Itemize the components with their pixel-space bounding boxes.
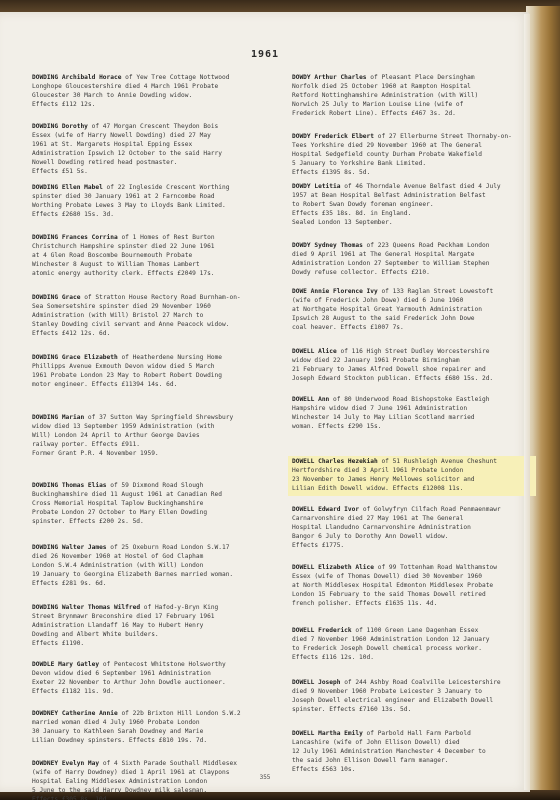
entry-given-names: Archibald Horace xyxy=(62,74,122,81)
entry-surname: DOWDY xyxy=(292,183,311,190)
entry-surname: DOWELL xyxy=(292,564,314,571)
entry-line: DOWELL Joseph of 244 Ashby Road Coalvill… xyxy=(300,679,530,688)
entry-text: of Yew Tree Cottage Nottwood xyxy=(125,74,229,81)
entry-line: Lilian Dowdney spinsters. Effects £810 1… xyxy=(40,737,282,746)
entry-text: of 223 Queens Road Peckham London xyxy=(367,242,490,249)
probate-entry: DOWDNEY Catherine Annie of 22b Brixton H… xyxy=(32,710,282,746)
entry-text: of 46 Thorndale Avenue Belfast died 4 Ju… xyxy=(344,183,500,190)
entry-line: DOWDING Walter James of 25 Oxeburn Road … xyxy=(40,544,282,553)
probate-entry: DOWELL Edward Ivor of Golwyfryn Cilfach … xyxy=(292,506,530,551)
entry-line: at Northgate Hospital Great Yarmouth Adm… xyxy=(300,306,530,315)
entry-text: of 27 Ellerburne Street Thornaby-on- xyxy=(378,133,512,140)
entry-line: (wife of Frederick John Dowe) died 6 Jun… xyxy=(300,297,530,306)
entry-surname: DOWDING xyxy=(32,123,58,130)
entry-given-names: Elizabeth Alice xyxy=(318,564,374,571)
entry-line: Frederick Robert Line). Effects £467 3s.… xyxy=(300,110,530,119)
entry-line: Gloucester 30 March to Annie Dowding wid… xyxy=(40,92,282,101)
entry-line: Norfolk died 25 October 1960 at Rampton … xyxy=(300,83,530,92)
entry-line: Christchurch Hampshire spinster died 22 … xyxy=(40,243,282,252)
entry-line: Hospital Sedgefield county Durham Probat… xyxy=(300,151,530,160)
entry-line: died 7 November 1960 Administration Lond… xyxy=(300,636,530,645)
entry-surname: DOWDING xyxy=(32,482,58,489)
probate-entry: DOWELL Ann of 80 Underwood Road Bishopst… xyxy=(292,396,530,432)
entry-line: spinster. Effects £200 2s. 5d. xyxy=(40,518,282,527)
entry-line: Dowding and Albert White builders. xyxy=(40,631,282,640)
entry-line: married woman died 4 July 1960 Probate L… xyxy=(40,719,282,728)
entry-surname: DOWELL xyxy=(292,506,314,513)
entry-line: DOWDNEY Evelyn May of 4 Sixth Parade Sou… xyxy=(40,760,282,769)
entry-line: Essex (wife of Harry Nowell Dowding) die… xyxy=(40,132,282,141)
entry-line: Longhope Gloucestershire died 4 March 19… xyxy=(40,83,282,92)
entry-line: Effects £35 18s. 8d. in England. xyxy=(300,210,530,219)
probate-entry: DOWELL Elizabeth Alice of 99 Tottenham R… xyxy=(292,564,530,609)
entry-text: of Stratton House Rectory Road Burnham-o… xyxy=(84,294,240,301)
probate-entry: DOWDING Grace of Stratton House Rectory … xyxy=(32,294,282,339)
entry-line: DOWDING Archibald Horace of Yew Tree Cot… xyxy=(40,74,282,83)
entry-line: Buckinghamshire died 11 August 1961 at C… xyxy=(40,491,282,500)
entry-line: Ipswich 28 August to the said Frederick … xyxy=(300,315,530,324)
entry-line: DOWELL Frederick of 1100 Green Lane Dage… xyxy=(300,627,530,636)
book-page-stack xyxy=(526,6,560,796)
probate-entry: DOWDING Marian of 37 Sutton Way Springfi… xyxy=(32,414,282,459)
entry-line: Hertfordshire died 3 April 1961 Probate … xyxy=(300,467,530,476)
entry-given-names: Ann xyxy=(318,396,329,403)
entry-text: of Hafod-y-Bryn King xyxy=(144,604,219,611)
probate-entry: DOWDING Frances Corrina of 1 Homes of Re… xyxy=(32,234,282,279)
entry-given-names: Frederick xyxy=(318,627,352,634)
entry-line: Lilian Edith Dowell widow. Effects £1200… xyxy=(300,485,530,494)
entry-text: of 59 Dixmond Road Slough xyxy=(110,482,203,489)
register-page: 1961 DOWDING Archibald Horace of Yew Tre… xyxy=(0,12,530,792)
entry-line: Exeter 22 November to Arthur John Dowdle… xyxy=(40,679,282,688)
entry-line: DOWELL Alice of 116 High Street Dudley W… xyxy=(300,348,530,357)
entry-given-names: Charles Hezekiah xyxy=(318,458,378,465)
entry-surname: DOWDING xyxy=(32,294,58,301)
entry-line: Effects £1395 8s. 5d. xyxy=(300,169,530,178)
entry-line: DOWDY Letitia of 46 Thorndale Avenue Bel… xyxy=(300,183,530,192)
entry-line: to Robert Swan Dowdy foreman engineer. xyxy=(300,201,530,210)
entry-surname: DOWDLE xyxy=(32,661,54,668)
entry-text: of 25 Oxeburn Road London S.W.17 xyxy=(110,544,229,551)
entry-line: Hospital Llandudno Carnarvonshire Admini… xyxy=(300,524,530,533)
entry-line: 5 January to Yorkshire Bank Limited. xyxy=(300,160,530,169)
probate-entry: DOWE Annie Florence Ivy of 133 Raglan St… xyxy=(292,288,530,333)
entry-line: DOWDING Thomas Elias of 59 Dixmond Road … xyxy=(40,482,282,491)
entry-line: at 4 Glen Road Boscombe Bournemouth Prob… xyxy=(40,252,282,261)
entry-text: of 1 Homes of Rest Burton xyxy=(121,234,214,241)
entry-text: of Pleasant Place Dersingham xyxy=(370,74,474,81)
entry-line: Former Grant P.R. 4 November 1959. xyxy=(40,450,282,459)
entry-surname: DOWDING xyxy=(32,604,58,611)
probate-entry: DOWDY Letitia of 46 Thorndale Avenue Bel… xyxy=(292,183,530,228)
entry-line: Effects £1190. xyxy=(40,640,282,649)
entry-line: DOWELL Edward Ivor of Golwyfryn Cilfach … xyxy=(300,506,530,515)
probate-entry: DOWELL Frederick of 1100 Green Lane Dage… xyxy=(292,627,530,663)
entry-given-names: Walter James xyxy=(62,544,107,551)
entry-surname: DOWDING xyxy=(32,234,58,241)
entry-line: 5 June to the said Harry Dowdney milk sa… xyxy=(40,787,282,796)
entry-given-names: Grace xyxy=(62,294,81,301)
entry-given-names: Letitia xyxy=(314,183,340,190)
entry-surname: DOWDNEY xyxy=(32,760,58,767)
entry-text: of 22b Brixton Hill London S.W.2 xyxy=(121,710,240,717)
entry-given-names: Thomas Elias xyxy=(62,482,107,489)
entry-line: DOWELL Martha Emily of Parbold Hall Farm… xyxy=(300,730,530,739)
entry-line: Effects £112 12s. xyxy=(40,101,282,110)
entry-given-names: Martha Emily xyxy=(318,730,363,737)
entry-line: 1961 Probate London 23 May to Robert Rob… xyxy=(40,372,282,381)
entry-text: of 47 Morgan Crescent Theydon Bois xyxy=(92,123,219,130)
entry-line: Essex (wife of Thomas Dowell) died 30 No… xyxy=(300,573,530,582)
entry-line: DOWDLE Mary Gatley of Pentecost Whitston… xyxy=(40,661,282,670)
entry-text: of 133 Raglan Street Lowestoft xyxy=(381,288,493,295)
probate-entry: DOWELL Martha Emily of Parbold Hall Farm… xyxy=(292,730,530,775)
entry-given-names: Grace Elizabeth xyxy=(62,354,118,361)
entry-line: Dowdy refuse collector. Effects £210. xyxy=(300,269,530,278)
entry-line: Hampshire widow died 7 June 1961 Adminis… xyxy=(300,405,530,414)
entry-line: widow died 22 January 1961 Probate Birmi… xyxy=(300,357,530,366)
entry-line: DOWDY Sydney Thomas of 223 Queens Road P… xyxy=(300,242,530,251)
entry-line: Devon widow died 6 September 1961 Admini… xyxy=(40,670,282,679)
entry-line: spinster. Effects £7160 13s. 5d. xyxy=(300,706,530,715)
entry-surname: DOWELL xyxy=(292,679,314,686)
entry-line: 30 January to Kathleen Sarah Dowdney and… xyxy=(40,728,282,737)
entry-given-names: Ellen Mabel xyxy=(62,184,103,191)
entry-line: at North Middlesex Hospital Edmonton Mid… xyxy=(300,582,530,591)
entry-text: of 99 Tottenham Road Walthamstow xyxy=(378,564,497,571)
entry-given-names: Frances Corrina xyxy=(62,234,118,241)
entry-line: woman. Effects £290 15s. xyxy=(300,423,530,432)
entry-line: Tees Yorkshire died 29 November 1960 at … xyxy=(300,142,530,151)
entry-line: railway porter. Effects £911. xyxy=(40,441,282,450)
entry-surname: DOWELL xyxy=(292,458,314,465)
entry-line: DOWELL Ann of 80 Underwood Road Bishopst… xyxy=(300,396,530,405)
probate-entry: DOWDING Archibald Horace of Yew Tree Cot… xyxy=(32,74,282,110)
entry-line: DOWDING Ellen Mabel of 22 Ingleside Cres… xyxy=(40,184,282,193)
entry-given-names: Mary Gatley xyxy=(58,661,99,668)
entry-line: to Frederick Joseph Dowell chemical proc… xyxy=(300,645,530,654)
probate-entry: DOWDY Sydney Thomas of 223 Queens Road P… xyxy=(292,242,530,278)
probate-entry: DOWELL Alice of 116 High Street Dudley W… xyxy=(292,348,530,384)
entry-line: died 26 November 1960 at Hostel of God C… xyxy=(40,553,282,562)
entry-line: 23 November to James Henry Mellowes soli… xyxy=(300,476,530,485)
entry-line: Stanley Dowding civil servant and Anne P… xyxy=(40,321,282,330)
probate-entry: DOWELL Charles Hezekiah of 51 Rushleigh … xyxy=(288,456,536,496)
entry-line: Effects £51 5s. xyxy=(40,168,282,177)
entry-given-names: Alice xyxy=(318,348,337,355)
entry-line: DOWDY Frederick Elbert of 27 Ellerburne … xyxy=(300,133,530,142)
entry-line: Administration Llandaff 16 May to Hubert… xyxy=(40,622,282,631)
entry-surname: DOWELL xyxy=(292,627,314,634)
entry-line: Effects £305 8s. 10d. xyxy=(40,796,282,800)
entry-line: Administration Ipswich 12 October to the… xyxy=(40,150,282,159)
entry-line: atomic energy authority clerk. Effects £… xyxy=(40,270,282,279)
entry-line: widow died 13 September 1959 Administrat… xyxy=(40,423,282,432)
entry-line: DOWDING Walter Thomas Wilfred of Hafod-y… xyxy=(40,604,282,613)
entry-surname: DOWDY xyxy=(292,133,311,140)
entry-text: of 244 Ashby Road Coalville Leicestershi… xyxy=(344,679,500,686)
entry-line: Effects £1775. xyxy=(300,542,530,551)
entry-surname: DOWDING xyxy=(32,414,58,421)
entry-given-names: Frederick Elbert xyxy=(314,133,374,140)
probate-entry: DOWDING Walter James of 25 Oxeburn Road … xyxy=(32,544,282,589)
entry-line: Carnarvonshire died 27 May 1961 at The G… xyxy=(300,515,530,524)
entry-surname: DOWELL xyxy=(292,396,314,403)
entry-line: Will) London 24 April to Arthur George D… xyxy=(40,432,282,441)
entry-line: motor engineer. Effects £11394 14s. 6d. xyxy=(40,381,282,390)
entry-line: died 9 November 1960 Probate Leicester 3… xyxy=(300,688,530,697)
probate-entry: DOWDY Frederick Elbert of 27 Ellerburne … xyxy=(292,133,530,178)
entry-line: Effects £412 12s. 6d. xyxy=(40,330,282,339)
entry-text: of Heatherdene Nursing Home xyxy=(121,354,222,361)
entry-text: of Golwyfryn Cilfach Road Penmaenmawr xyxy=(363,506,501,513)
entry-line: DOWDING Frances Corrina of 1 Homes of Re… xyxy=(40,234,282,243)
entry-surname: DOWELL xyxy=(292,730,314,737)
entry-surname: DOWELL xyxy=(292,348,314,355)
entry-surname: DOWDING xyxy=(32,74,58,81)
entry-line: Nowell Dowding retired head postmaster. xyxy=(40,159,282,168)
page-edge xyxy=(524,14,530,790)
entry-line: DOWDNEY Catherine Annie of 22b Brixton H… xyxy=(40,710,282,719)
entry-given-names: Arthur Charles xyxy=(314,74,366,81)
entry-surname: DOWDY xyxy=(292,242,311,249)
entry-given-names: Walter Thomas Wilfred xyxy=(62,604,140,611)
entry-line: Administration London 27 September to Wi… xyxy=(300,260,530,269)
probate-entry: DOWDING Ellen Mabel of 22 Ingleside Cres… xyxy=(32,184,282,220)
probate-entry: DOWDING Grace Elizabeth of Heatherdene N… xyxy=(32,354,282,390)
entry-line: DOWDING Grace of Stratton House Rectory … xyxy=(40,294,282,303)
entry-text: of 1100 Green Lane Dagenham Essex xyxy=(355,627,478,634)
entry-line: spinster died 30 January 1961 at 2 Farnc… xyxy=(40,193,282,202)
entry-line: Sealed London 13 September. xyxy=(300,219,530,228)
year-heading: 1961 xyxy=(0,49,530,60)
probate-entry: DOWDING Thomas Elias of 59 Dixmond Road … xyxy=(32,482,282,527)
entry-line: Effects £1182 11s. 9d. xyxy=(40,688,282,697)
entry-line: DOWDING Dorothy of 47 Morgan Crescent Th… xyxy=(40,123,282,132)
entry-line: coal heaver. Effects £1007 7s. xyxy=(300,324,530,333)
entry-line: DOWELL Charles Hezekiah of 51 Rushleigh … xyxy=(300,458,530,467)
entry-surname: DOWDING xyxy=(32,184,58,191)
entry-given-names: Catherine Annie xyxy=(62,710,118,717)
entry-given-names: Edward Ivor xyxy=(318,506,359,513)
entry-line: 19 January to Georgina Elizabeth Barnes … xyxy=(40,571,282,580)
entry-given-names: Evelyn May xyxy=(62,760,99,767)
entry-line: 1957 at Bean Hospital Belfast Administra… xyxy=(300,192,530,201)
entry-surname: DOWDING xyxy=(32,354,58,361)
entry-line: London S.W.4 Administration (with Will) … xyxy=(40,562,282,571)
page-number: 355 xyxy=(0,774,530,781)
entry-line: Sea Somersetshire spinster died 29 Novem… xyxy=(40,303,282,312)
probate-entry: DOWDY Arthur Charles of Pleasant Place D… xyxy=(292,74,530,119)
entry-line: Joseph Dowell electrical engineer and El… xyxy=(300,697,530,706)
entry-text: of 51 Rushleigh Avenue Cheshunt xyxy=(381,458,496,465)
entry-line: Winchester 8 August to William Thomas La… xyxy=(40,261,282,270)
entry-text: of 116 High Street Dudley Worcestershire xyxy=(340,348,489,355)
probate-entry: DOWDING Walter Thomas Wilfred of Hafod-y… xyxy=(32,604,282,649)
entry-line: french polisher. Effects £1635 11s. 4d. xyxy=(300,600,530,609)
entry-line: Street Brynmawr Breconshire died 17 Febr… xyxy=(40,613,282,622)
entry-line: Effects £116 12s. 10d. xyxy=(300,654,530,663)
entry-text: of 37 Sutton Way Springfield Shrewsbury xyxy=(88,414,233,421)
entry-line: DOWE Annie Florence Ivy of 133 Raglan St… xyxy=(300,288,530,297)
entry-given-names: Annie Florence Ivy xyxy=(311,288,378,295)
entry-text: of 80 Underwood Road Bishopstoke Eastlei… xyxy=(333,396,489,403)
entry-line: DOWDY Arthur Charles of Pleasant Place D… xyxy=(300,74,530,83)
entry-line: Effects £281 9s. 6d. xyxy=(40,580,282,589)
entry-line: Bangor 6 July to Dorothy Ann Dowell wido… xyxy=(300,533,530,542)
entry-line: Phillipps Avenue Exmouth Devon widow die… xyxy=(40,363,282,372)
entry-line: 21 February to James Alfred Dowell shoe … xyxy=(300,366,530,375)
entry-line: Lancashire (wife of John Ellison Dowell)… xyxy=(300,739,530,748)
entry-line: Norwich 25 July to Marion Louise Line (w… xyxy=(300,101,530,110)
entry-line: Winchester 14 July to May Lilian Scotlan… xyxy=(300,414,530,423)
entry-surname: DOWDING xyxy=(32,544,58,551)
entry-line: Worthing Probate Lewes 3 May to Lloyds B… xyxy=(40,202,282,211)
entry-line: 12 July 1961 Administration Manchester 4… xyxy=(300,748,530,757)
probate-entry: DOWDING Dorothy of 47 Morgan Crescent Th… xyxy=(32,123,282,176)
entry-given-names: Joseph xyxy=(318,679,340,686)
entry-line: Cross Memorial Hospital Taplow Buckingha… xyxy=(40,500,282,509)
entry-line: the said John Ellison Dowell farm manage… xyxy=(300,757,530,766)
entry-line: Administration (with Will) Bristol 27 Ma… xyxy=(40,312,282,321)
entry-line: DOWELL Elizabeth Alice of 99 Tottenham R… xyxy=(300,564,530,573)
entry-given-names: Dorothy xyxy=(62,123,88,130)
entry-surname: DOWDY xyxy=(292,74,311,81)
entry-given-names: Marian xyxy=(62,414,84,421)
entry-line: died 9 April 1961 at The General Hospita… xyxy=(300,251,530,260)
entry-line: 1961 at St. Margarets Hospital Epping Es… xyxy=(40,141,282,150)
entry-line: DOWDING Grace Elizabeth of Heatherdene N… xyxy=(40,354,282,363)
entry-surname: DOWDNEY xyxy=(32,710,58,717)
entry-surname: DOWE xyxy=(292,288,307,295)
entry-line: Joseph Edward Stockton publican. Effects… xyxy=(300,375,530,384)
entry-line: DOWDING Marian of 37 Sutton Way Springfi… xyxy=(40,414,282,423)
probate-entry: DOWELL Joseph of 244 Ashby Road Coalvill… xyxy=(292,679,530,715)
entry-line: Probate London 27 October to Mary Ellen … xyxy=(40,509,282,518)
entry-text: of 22 Ingleside Crescent Worthing xyxy=(107,184,230,191)
entry-line: Effects £2680 15s. 3d. xyxy=(40,211,282,220)
entry-text: of 4 Sixth Parade Southall Middlesex xyxy=(103,760,237,767)
entry-line: London 15 February to the said Thomas Do… xyxy=(300,591,530,600)
probate-entry: DOWDLE Mary Gatley of Pentecost Whitston… xyxy=(32,661,282,697)
entry-given-names: Sydney Thomas xyxy=(314,242,362,249)
entry-text: of Pentecost Whitstone Holsworthy xyxy=(103,661,226,668)
entry-text: of Parbold Hall Farm Parbold xyxy=(367,730,471,737)
entry-line: Retford Nottinghamshire Administration (… xyxy=(300,92,530,101)
